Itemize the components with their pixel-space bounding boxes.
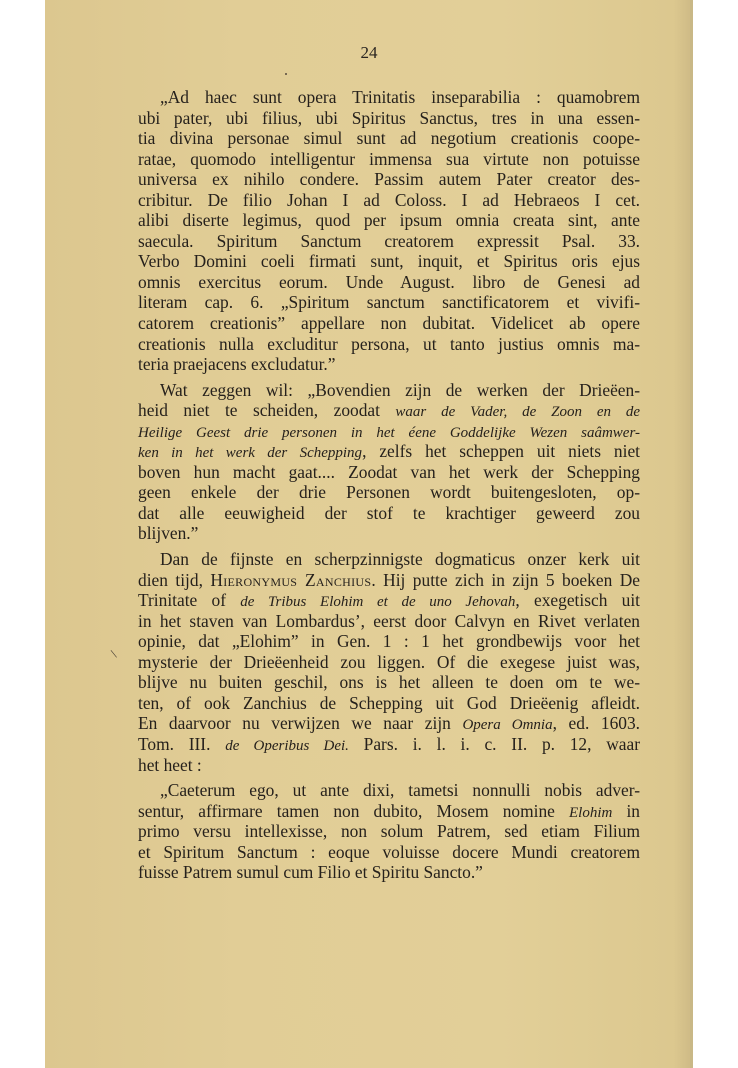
text-segment: primo versu intellexisse, non solum Patr… (138, 821, 640, 841)
text-segment: Tom. III. (138, 734, 225, 754)
stray-ink-mark: \ (109, 646, 118, 662)
text-line: fuisse Patrem sumul cum Filio et Spiritu… (138, 862, 640, 883)
page-edge-shadow (690, 0, 693, 1068)
text-segment: literam cap. 6. „Spiritum sanctum sancti… (138, 292, 640, 312)
text-segment: dien tijd, (138, 570, 210, 590)
text-line: literam cap. 6. „Spiritum sanctum sancti… (138, 292, 640, 313)
page-number: 24 (45, 43, 693, 63)
text-line: catorem creationis” appellare non dubita… (138, 313, 640, 334)
text-segment: opinie, dat „Elohim” in Gen. 1 : 1 het g… (138, 631, 640, 651)
text-segment: et Spiritum Sanctum : eoque voluisse doc… (138, 842, 640, 862)
text-line: omnis exercitus eorum. Unde August. libr… (138, 272, 640, 293)
text-segment: universa ex nihilo condere. Passim autem… (138, 169, 640, 189)
text-segment: catorem creationis” appellare non dubita… (138, 313, 640, 333)
text-segment: alibi diserte legimus, quod per ipsum om… (138, 210, 640, 230)
text-line: tia divina personae simul sunt ad negoti… (138, 128, 640, 149)
text-line: het heet : (138, 755, 640, 776)
text-segment: teria praejacens excludatur.” (138, 354, 335, 374)
small-caps-name: Hieronymus Zanchius (210, 570, 371, 590)
text-line: universa ex nihilo condere. Passim autem… (138, 169, 640, 190)
text-segment: mysterie der Drieëenheid zou liggen. Of … (138, 652, 640, 672)
text-line: Heilige Geest drie personen in het éene … (138, 421, 640, 442)
italic-text: de Tribus Elohim et de uno Jehovah (240, 594, 515, 610)
text-segment: omnis exercitus eorum. Unde August. libr… (138, 272, 640, 292)
text-segment: ratae, quomodo intelligentur immensa sua… (138, 149, 640, 169)
text-segment: het heet : (138, 755, 202, 775)
text-line: heid niet te scheiden, zoodat waar de Va… (138, 400, 640, 421)
text-segment: geen enkele der drie Personen wordt buit… (138, 482, 640, 502)
text-line: Tom. III. de Operibus Dei. Pars. i. l. i… (138, 734, 640, 755)
text-line: „Ad haec sunt opera Trinitatis inseparab… (138, 87, 640, 108)
text-line: Verbo Domini coeli firmati sunt, inquit,… (138, 251, 640, 272)
text-line: Trinitate of de Tribus Elohim et de uno … (138, 590, 640, 611)
text-line: opinie, dat „Elohim” in Gen. 1 : 1 het g… (138, 631, 640, 652)
text-segment: fuisse Patrem sumul cum Filio et Spiritu… (138, 862, 483, 882)
text-segment: saecula. Spiritum Sanctum creatorem expr… (138, 231, 640, 251)
text-line: primo versu intellexisse, non solum Patr… (138, 821, 640, 842)
text-line: cribitur. De filio Johan I ad Coloss. I … (138, 190, 640, 211)
text-line: ubi pater, ubi filius, ubi Spiritus Sanc… (138, 108, 640, 129)
text-line: dat alle eeuwigheid der stof te krachtig… (138, 503, 640, 524)
text-segment: . Hij putte zich in zijn 5 boeken De (371, 570, 640, 590)
italic-text: ken in het werk der Schepping (138, 445, 362, 461)
paragraph-latin-quote-2: „Caeterum ego, ut ante dixi, tametsi non… (138, 780, 640, 883)
text-segment: En daarvoor nu verwijzen we naar zijn (138, 713, 462, 733)
stray-ink-dot (285, 73, 287, 75)
text-segment: cribitur. De filio Johan I ad Coloss. I … (138, 190, 640, 210)
book-page: 24 \ „Ad haec sunt opera Trinitatis inse… (45, 0, 693, 1068)
italic-text: waar de Vader, de Zoon en de (395, 404, 640, 420)
text-line: blijve nu buiten geschil, ons is het all… (138, 672, 640, 693)
paragraph-dutch-translation: Wat zeggen wil: „Bovendien zijn de werke… (138, 380, 640, 544)
text-segment: Dan de fijnste en scherpzinnigste dogmat… (160, 549, 640, 569)
text-line: „Caeterum ego, ut ante dixi, tametsi non… (138, 780, 640, 801)
body-text: „Ad haec sunt opera Trinitatis inseparab… (138, 87, 640, 883)
text-segment: heid niet te scheiden, zoodat (138, 400, 395, 420)
text-line: mysterie der Drieëenheid zou liggen. Of … (138, 652, 640, 673)
text-segment: creationis nulla excluditur persona, ut … (138, 334, 640, 354)
text-segment: , exegetisch uit (515, 590, 640, 610)
text-segment: Pars. i. l. i. c. II. p. 12, waar (349, 734, 640, 754)
text-line: ken in het werk der Schepping, zelfs het… (138, 441, 640, 462)
text-segment: Verbo Domini coeli firmati sunt, inquit,… (138, 251, 640, 271)
text-segment: ten, of ook Zanchius de Schepping uit Go… (138, 693, 640, 713)
text-segment: „Ad haec sunt opera Trinitatis inseparab… (160, 87, 640, 107)
text-line: in het staven van Lombardus’, eerst door… (138, 611, 640, 632)
text-line: saecula. Spiritum Sanctum creatorem expr… (138, 231, 640, 252)
italic-text: Heilige Geest drie personen in het éene … (138, 425, 640, 441)
text-segment: ubi pater, ubi filius, ubi Spiritus Sanc… (138, 108, 640, 128)
text-line: creationis nulla excluditur persona, ut … (138, 334, 640, 355)
paragraph-zanchius: Dan de fijnste en scherpzinnigste dogmat… (138, 549, 640, 775)
text-segment: , ed. 1603. (553, 713, 640, 733)
text-segment: dat alle eeuwigheid der stof te krachtig… (138, 503, 640, 523)
text-segment: boven hun macht gaat.... Zoodat van het … (138, 462, 640, 482)
text-line: ratae, quomodo intelligentur immensa sua… (138, 149, 640, 170)
text-line: sentur, affirmare tamen non dubito, Mose… (138, 801, 640, 822)
text-segment: „Caeterum ego, ut ante dixi, tametsi non… (160, 780, 640, 800)
text-segment: , zelfs het scheppen uit niets niet (362, 441, 640, 461)
italic-text: Opera Omnia (462, 717, 552, 733)
text-segment: blijven.” (138, 523, 198, 543)
text-line: dien tijd, Hieronymus Zanchius. Hij putt… (138, 570, 640, 591)
text-segment: tia divina personae simul sunt ad negoti… (138, 128, 640, 148)
text-segment: in het staven van Lombardus’, eerst door… (138, 611, 640, 631)
text-line: Wat zeggen wil: „Bovendien zijn de werke… (138, 380, 640, 401)
text-segment: Trinitate of (138, 590, 240, 610)
italic-text: Elohim (569, 805, 612, 821)
text-line: teria praejacens excludatur.” (138, 354, 640, 375)
italic-text: de Operibus Dei. (225, 738, 349, 754)
text-line: ten, of ook Zanchius de Schepping uit Go… (138, 693, 640, 714)
text-segment: Wat zeggen wil: „Bovendien zijn de werke… (160, 380, 640, 400)
paragraph-latin-quote-1: „Ad haec sunt opera Trinitatis inseparab… (138, 87, 640, 375)
text-segment: sentur, affirmare tamen non dubito, Mose… (138, 801, 569, 821)
text-line: En daarvoor nu verwijzen we naar zijn Op… (138, 713, 640, 734)
text-line: geen enkele der drie Personen wordt buit… (138, 482, 640, 503)
text-line: blijven.” (138, 523, 640, 544)
text-segment: blijve nu buiten geschil, ons is het all… (138, 672, 640, 692)
text-segment: in (612, 801, 640, 821)
text-line: alibi diserte legimus, quod per ipsum om… (138, 210, 640, 231)
text-line: et Spiritum Sanctum : eoque voluisse doc… (138, 842, 640, 863)
text-line: boven hun macht gaat.... Zoodat van het … (138, 462, 640, 483)
text-line: Dan de fijnste en scherpzinnigste dogmat… (138, 549, 640, 570)
